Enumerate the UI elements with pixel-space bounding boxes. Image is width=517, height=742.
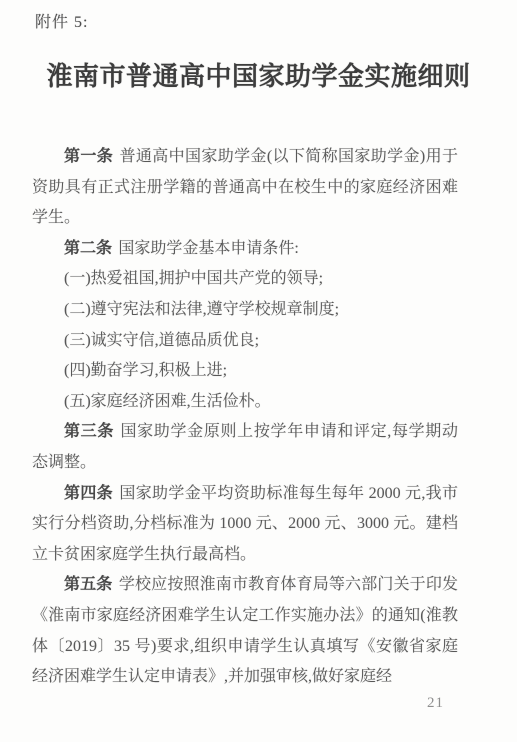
clause-1-text: (一)热爱祖国,拥护中国共产党的领导; xyxy=(64,270,323,287)
article-2-text: 国家助学金基本申请条件: xyxy=(118,240,298,257)
scanned-document-page: 附件 5: 淮南市普通高中国家助学金实施细则 第一条普通高中国家助学金(以下简称… xyxy=(0,0,517,742)
article-3-label: 第三条 xyxy=(64,423,114,440)
clause-item-1: (一)热爱祖国,拥护中国共产党的领导; xyxy=(32,264,458,295)
clause-3-text: (三)诚实守信,道德品质优良; xyxy=(64,332,259,349)
clause-5-text: (五)家庭经济困难,生活俭朴。 xyxy=(64,393,271,410)
clause-item-5: (五)家庭经济困难,生活俭朴。 xyxy=(32,387,458,418)
paragraph-article-5: 第五条学校应按照淮南市教育体育局等六部门关于印发《淮南市家庭经济困难学生认定工作… xyxy=(32,570,458,692)
clause-2-text: (二)遵守宪法和法律,遵守学校规章制度; xyxy=(64,301,339,318)
article-2-label: 第二条 xyxy=(64,240,112,257)
paragraph-article-1: 第一条普通高中国家助学金(以下简称国家助学金)用于资助具有正式注册学籍的普通高中… xyxy=(32,142,458,234)
paragraph-article-2: 第二条国家助学金基本申请条件: xyxy=(32,234,458,265)
clause-item-3: (三)诚实守信,道德品质优良; xyxy=(32,326,458,357)
clause-4-text: (四)勤奋学习,积极上进; xyxy=(64,362,227,379)
paragraph-article-4: 第四条国家助学金平均资助标准每生每年 2000 元,我市实行分档资助,分档标准为… xyxy=(32,479,458,571)
paragraph-article-3: 第三条国家助学金原则上按学年申请和评定,每学期动态调整。 xyxy=(32,417,458,478)
clause-item-4: (四)勤奋学习,积极上进; xyxy=(32,356,458,387)
page-number: 21 xyxy=(427,695,444,712)
clause-item-2: (二)遵守宪法和法律,遵守学校规章制度; xyxy=(32,295,458,326)
attachment-label: 附件 5: xyxy=(35,9,88,32)
article-1-label: 第一条 xyxy=(64,148,113,165)
document-body: 第一条普通高中国家助学金(以下简称国家助学金)用于资助具有正式注册学籍的普通高中… xyxy=(32,142,458,693)
document-title: 淮南市普通高中国家助学金实施细则 xyxy=(0,56,517,93)
article-5-label: 第五条 xyxy=(64,576,112,593)
article-4-label: 第四条 xyxy=(64,485,113,502)
